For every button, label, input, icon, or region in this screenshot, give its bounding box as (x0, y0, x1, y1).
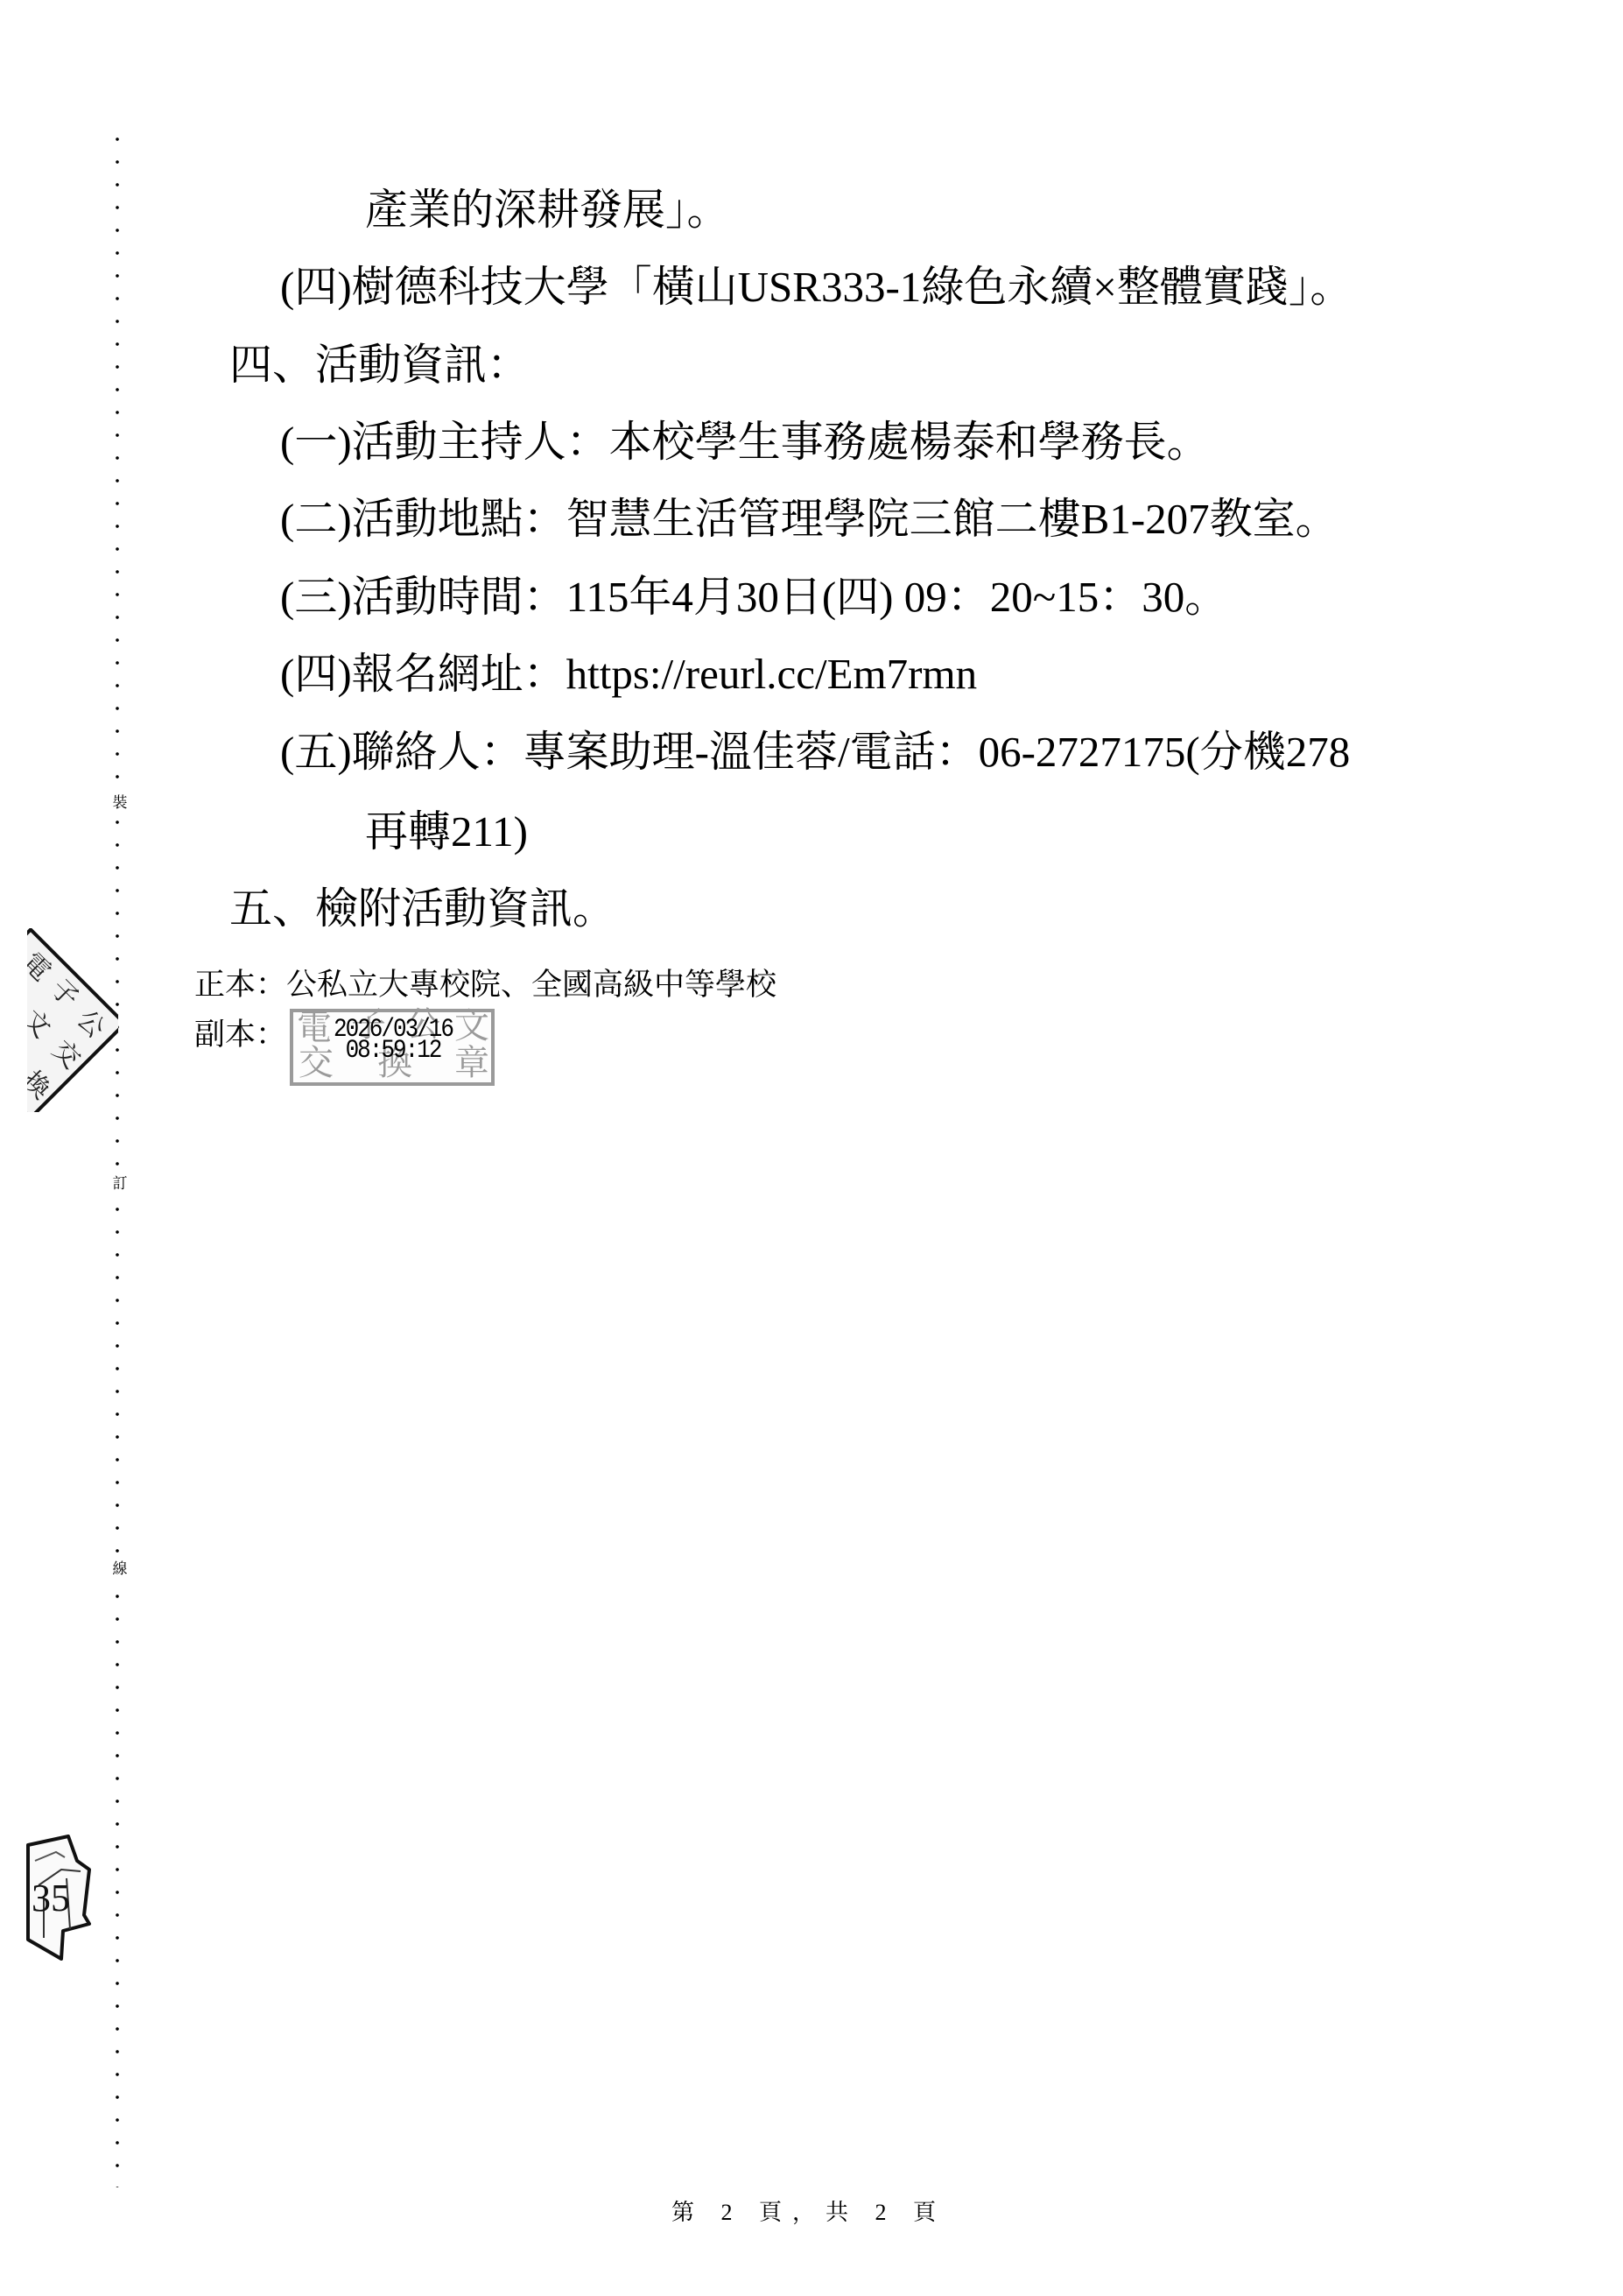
page-footer: 第 2 頁，共 2 頁 (671, 2199, 946, 2227)
list-item-host: (一)活動主持人：本校學生事務處楊泰和學務長。 (280, 416, 1210, 468)
list-item-time: (三)活動時間：115年4月30日(四) 09：20~15：30。 (280, 571, 1227, 623)
copy-recipients: 副本： (194, 1016, 286, 1054)
stamp-time: 08:59:12 (323, 1037, 463, 1063)
copy-label: 副本： (194, 1018, 286, 1052)
list-item: (四)樹德科技大學「橫山USR333-1綠色永續×整體實踐」。 (280, 261, 1352, 313)
page-seal-icon: 35 (26, 1835, 93, 1962)
primary-recipients: 正本：公私立大專校院、全國高級中等學校 (194, 966, 776, 1004)
list-item-registration-url: (四)報名網址：https://reurl.cc/Em7rmn (280, 648, 977, 701)
list-item-contact: (五)聯絡人：專案助理-溫佳蓉/電話：06-2727175(分機278 (280, 726, 1350, 778)
list-item-location: (二)活動地點：智慧生活管理學院三館二樓B1-207教室。 (280, 493, 1338, 546)
primary-label: 正本： (194, 968, 286, 1002)
e-document-exchange-stamp: 電 子 公 文 交 換 章 2026/03/16 08:59:12 (290, 1009, 495, 1086)
continuation-line: 產業的深耕發展」。 (365, 184, 730, 236)
diamond-seal-icon: 電 子 公 文 交 換 (27, 928, 118, 1112)
document-page: 裝 訂 線 電 子 公 文 交 換 35 產業的深耕發展」。 (四)樹德科技大學… (0, 0, 1623, 2296)
binding-label-ding: 訂 (110, 1171, 130, 1197)
primary-value: 公私立大專校院、全國高級中等學校 (286, 968, 776, 1002)
binding-dotted-line (114, 128, 121, 2187)
binding-label-xian: 線 (110, 1556, 130, 1582)
list-item-contact-continued: 再轉211) (365, 806, 528, 858)
seal-number: 35 (32, 1877, 70, 1920)
section-heading-attachment: 五、檢附活動資訊。 (229, 883, 615, 935)
binding-label-zhuang: 裝 (110, 790, 130, 816)
section-heading-activity-info: 四、活動資訊： (229, 339, 530, 391)
